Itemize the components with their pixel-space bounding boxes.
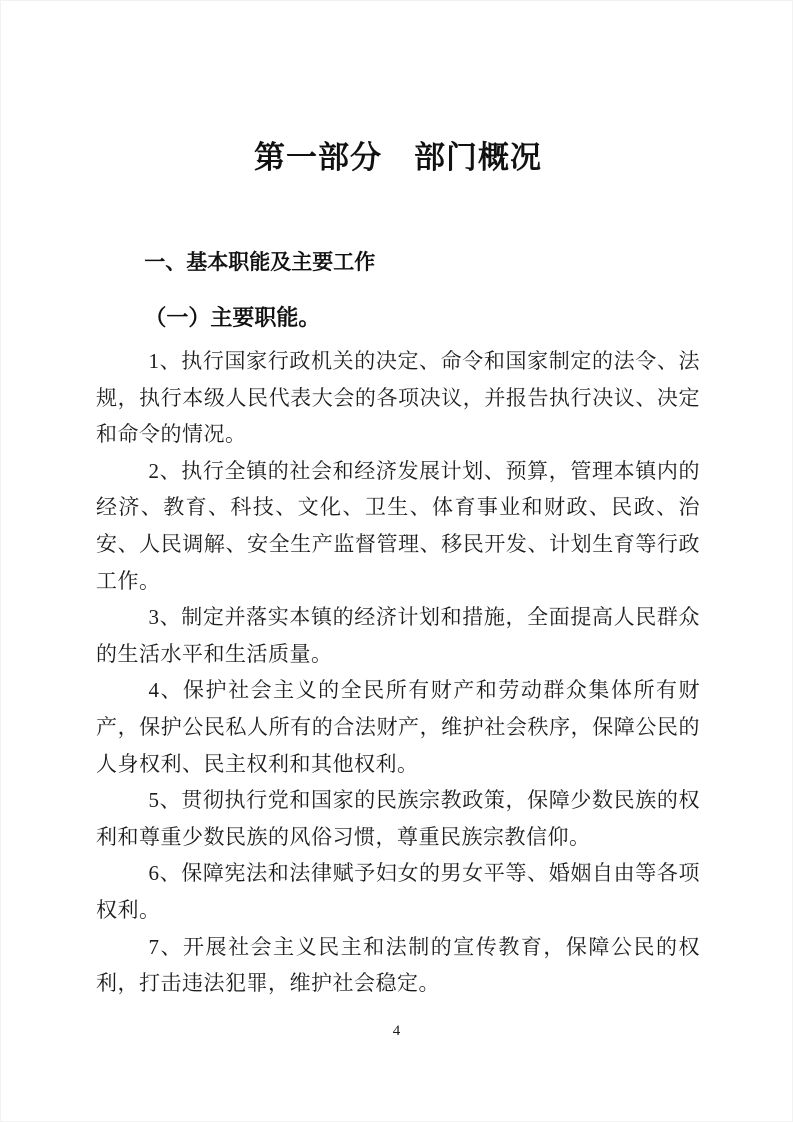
- paragraph-2: 2、执行全镇的社会和经济发展计划、预算，管理本镇内的经济、教育、科技、文化、卫生…: [96, 453, 700, 599]
- paragraph-6: 6、保障宪法和法律赋予妇女的男女平等、婚姻自由等各项权利。: [96, 855, 700, 928]
- body-text: 1、执行国家行政机关的决定、命令和国家制定的法令、法规，执行本级人民代表大会的各…: [96, 343, 700, 1002]
- paragraph-7: 7、开展社会主义民主和法制的宣传教育，保障公民的权利，打击违法犯罪，维护社会稳定…: [96, 929, 700, 1002]
- paragraph-5: 5、贯彻执行党和国家的民族宗教政策，保障少数民族的权利和尊重少数民族的风俗习惯，…: [96, 782, 700, 855]
- document-page: 第一部分 部门概况 一、基本职能及主要工作 （一）主要职能。 1、执行国家行政机…: [0, 0, 793, 1122]
- paragraph-3: 3、制定并落实本镇的经济计划和措施，全面提高人民群众的生活水平和生活质量。: [96, 599, 700, 672]
- section-heading: 一、基本职能及主要工作: [96, 249, 700, 277]
- paragraph-1: 1、执行国家行政机关的决定、命令和国家制定的法令、法规，执行本级人民代表大会的各…: [96, 343, 700, 453]
- page-content: 第一部分 部门概况 一、基本职能及主要工作 （一）主要职能。 1、执行国家行政机…: [96, 0, 700, 1002]
- page-number: 4: [0, 1022, 793, 1040]
- subsection-heading: （一）主要职能。: [96, 303, 700, 333]
- paragraph-4: 4、保护社会主义的全民所有财产和劳动群众集体所有财产，保护公民私人所有的合法财产…: [96, 672, 700, 782]
- document-title: 第一部分 部门概况: [96, 138, 700, 178]
